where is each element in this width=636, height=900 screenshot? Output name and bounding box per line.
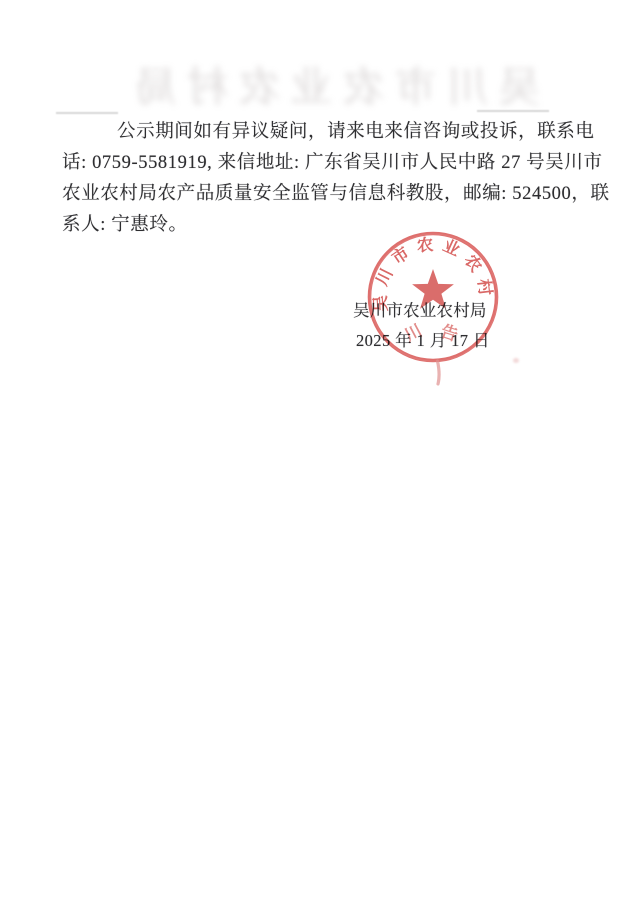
seal-bottom-glyph: 川 — [401, 321, 425, 346]
seal-star-icon — [412, 269, 454, 309]
seal-bottom-glyph: 告 — [438, 321, 460, 345]
scan-artifact-line-right — [477, 110, 549, 112]
paragraph-line: 公示期间如有异议疑问，请来电来信咨询或投诉，联系电 — [62, 117, 602, 143]
ink-speck — [513, 358, 519, 363]
official-seal: 吴川市农业农村局 川 告 — [363, 228, 503, 388]
paragraph-line: 系人: 宁惠玲。 — [62, 210, 602, 236]
paragraph-line: 农业农村局农产品质量安全监管与信息科教股，邮编: 524500，联 — [62, 179, 602, 205]
paragraph-line: 话: 0759-5581919, 来信地址: 广东省吴川市人民中路 27 号吴川… — [62, 148, 602, 174]
seal-ink-drip — [438, 361, 440, 384]
document-page: 吴川市农业农村局 公示期间如有异议疑问，请来电来信咨询或投诉，联系电 话: 07… — [0, 0, 636, 900]
bleedthrough-text: 吴川市农业农村局 — [100, 54, 540, 113]
scan-artifact-line-left — [56, 112, 118, 114]
